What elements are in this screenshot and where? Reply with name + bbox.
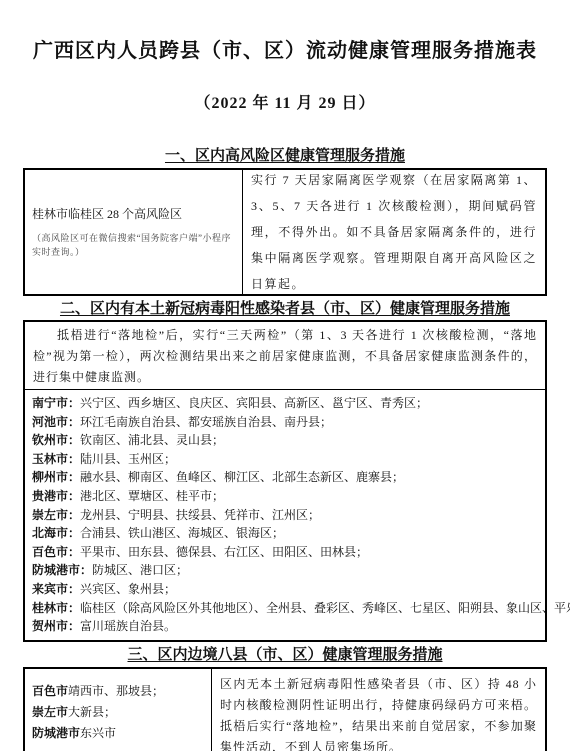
- city-row: 百色市：平果市、田东县、德保县、右江区、田阳区、田林县；: [32, 543, 539, 562]
- city-areas: 临桂区（除高风险区外其他地区）、全州县、叠彩区、秀峰区、七星区、阳朔县、象山区、…: [80, 601, 570, 615]
- page-title: 广西区内人员跨县（市、区）流动健康管理服务措施表: [23, 38, 547, 65]
- city-name: 百色市: [32, 684, 68, 698]
- city-areas: 富川瑶族自治县。: [80, 619, 176, 633]
- city-name: 南宁市：: [32, 396, 80, 410]
- city-row: 贵港市：港北区、覃塘区、桂平市；: [32, 487, 539, 506]
- city-name: 防城港市: [32, 726, 80, 740]
- city-row: 河池市：环江毛南族自治县、都安瑶族自治县、南丹县；: [32, 413, 539, 432]
- border-county-row: 崇左市大新县；: [32, 702, 205, 723]
- high-risk-measures-cell: 实行 7 天居家隔离医学观察（在居家隔离第 1、3、5、7 天各进行 1 次核酸…: [242, 170, 545, 294]
- city-areas: 东兴市: [80, 726, 116, 740]
- city-name: 钦州市：: [32, 433, 80, 447]
- city-row: 贺州市：富川瑶族自治县。: [32, 617, 539, 636]
- city-areas: 平果市、田东县、德保县、右江区、田阳区、田林县；: [80, 545, 368, 559]
- city-row: 崇左市：龙州县、宁明县、扶绥县、凭祥市、江州区；: [32, 506, 539, 525]
- high-risk-table: 桂林市临桂区 28 个高风险区 （高风险区可在微信搜索“国务院客户端”小程序实时…: [23, 168, 547, 296]
- border-counties-table: 百色市靖西市、那坡县； 崇左市大新县； 防城港市东兴市 区内无本土新冠病毒阳性感…: [23, 667, 547, 751]
- city-row: 来宾市：兴宾区、象州县；: [32, 580, 539, 599]
- city-row: 玉林市：陆川县、玉州区；: [32, 450, 539, 469]
- city-name: 百色市：: [32, 545, 80, 559]
- section-2-heading: 二、区内有本土新冠病毒阳性感染者县（市、区）健康管理服务措施: [23, 299, 547, 319]
- border-measures-cell: 区内无本土新冠病毒阳性感染者县（市、区）持 48 小时内核酸检测阴性证明出行，持…: [211, 669, 545, 751]
- section-2-heading-text: 二、区内有本土新冠病毒阳性感染者县（市、区）健康管理服务措施: [60, 301, 510, 317]
- city-name: 玉林市：: [32, 452, 80, 466]
- city-areas: 融水县、柳南区、鱼峰区、柳江区、北部生态新区、鹿寨县；: [80, 470, 404, 484]
- city-areas: 合浦县、铁山港区、海城区、银海区；: [80, 526, 284, 540]
- city-areas: 港北区、覃塘区、桂平市；: [80, 489, 224, 503]
- city-areas: 钦南区、浦北县、灵山县；: [80, 433, 224, 447]
- city-name: 柳州市：: [32, 470, 80, 484]
- document-page: 广西区内人员跨县（市、区）流动健康管理服务措施表 （2022 年 11 月 29…: [0, 0, 570, 751]
- city-name: 北海市：: [32, 526, 80, 540]
- high-risk-measures-text: 实行 7 天居家隔离医学观察（在居家隔离第 1、3、5、7 天各进行 1 次核酸…: [251, 167, 537, 297]
- border-county-row: 防城港市东兴市: [32, 723, 205, 744]
- border-county-row: 百色市靖西市、那坡县；: [32, 681, 205, 702]
- city-name: 崇左市: [32, 705, 68, 719]
- city-name: 来宾市：: [32, 582, 80, 596]
- city-row: 桂林市：临桂区（除高风险区外其他地区）、全州县、叠彩区、秀峰区、七星区、阳朔县、…: [32, 599, 539, 618]
- city-area-list: 南宁市：兴宁区、西乡塘区、良庆区、宾阳县、高新区、邕宁区、青秀区； 河池市：环江…: [25, 390, 545, 640]
- city-name: 河池市：: [32, 415, 80, 429]
- city-areas: 陆川县、玉州区；: [80, 452, 176, 466]
- city-areas: 防城区、港口区；: [92, 563, 188, 577]
- city-areas: 兴宁区、西乡塘区、良庆区、宾阳县、高新区、邕宁区、青秀区；: [80, 396, 428, 410]
- section-3-heading: 三、区内边境八县（市、区）健康管理服务措施: [23, 645, 547, 665]
- page-subtitle: （2022 年 11 月 29 日）: [23, 93, 547, 115]
- city-name: 贵港市：: [32, 489, 80, 503]
- city-name: 贺州市：: [32, 619, 80, 633]
- city-row: 北海市：合浦县、铁山港区、海城区、银海区；: [32, 524, 539, 543]
- city-name: 桂林市：: [32, 601, 80, 615]
- high-risk-area-note: （高风险区可在微信搜索“国务院客户端”小程序实时查询。）: [32, 231, 235, 259]
- city-name: 崇左市：: [32, 508, 80, 522]
- city-areas: 兴宾区、象州县；: [80, 582, 176, 596]
- city-name: 防城港市：: [32, 563, 92, 577]
- city-areas: 靖西市、那坡县；: [68, 684, 164, 698]
- city-row: 柳州市：融水县、柳南区、鱼峰区、柳江区、北部生态新区、鹿寨县；: [32, 468, 539, 487]
- city-areas: 龙州县、宁明县、扶绥县、凭祥市、江州区；: [80, 508, 320, 522]
- city-row: 防城港市：防城区、港口区；: [32, 561, 539, 580]
- section-1-heading: 一、区内高风险区健康管理服务措施: [23, 146, 547, 166]
- city-row: 钦州市：钦南区、浦北县、灵山县；: [32, 431, 539, 450]
- city-row: 南宁市：兴宁区、西乡塘区、良庆区、宾阳县、高新区、邕宁区、青秀区；: [32, 394, 539, 413]
- section-3-heading-text: 三、区内边境八县（市、区）健康管理服务措施: [127, 647, 442, 663]
- high-risk-area-text: 桂林市临桂区 28 个高风险区: [32, 205, 235, 223]
- city-areas: 大新县；: [68, 705, 116, 719]
- border-counties-cell: 百色市靖西市、那坡县； 崇左市大新县； 防城港市东兴市: [25, 669, 211, 751]
- high-risk-area-cell: 桂林市临桂区 28 个高风险区 （高风险区可在微信搜索“国务院客户端”小程序实时…: [25, 170, 242, 294]
- city-areas: 环江毛南族自治县、都安瑶族自治县、南丹县；: [80, 415, 332, 429]
- arrival-test-policy-text: 抵梧进行“落地检”后，实行“三天两检”（第 1、3 天各进行 1 次核酸检测，“…: [25, 322, 545, 390]
- section-1-heading-text: 一、区内高风险区健康管理服务措施: [165, 148, 405, 164]
- positive-case-areas-table: 抵梧进行“落地检”后，实行“三天两检”（第 1、3 天各进行 1 次核酸检测，“…: [23, 320, 547, 642]
